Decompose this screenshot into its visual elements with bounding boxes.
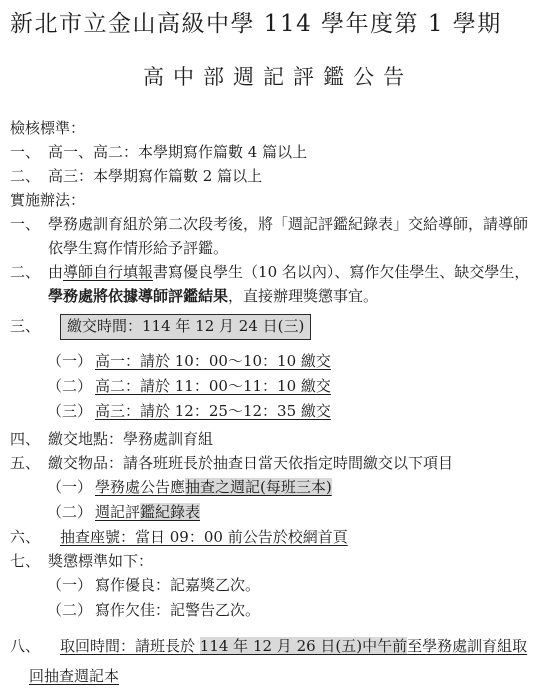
item-number: 五、 <box>10 451 48 475</box>
item-number: （三） <box>47 399 95 424</box>
underlined-text: 學務處公告應 <box>95 478 185 496</box>
underlined-text: 回抽查週記本 <box>29 667 119 685</box>
procedure-heading: 實施辦法： <box>10 188 546 212</box>
item-text: 由導師自行填報書寫優良學生（10 名以內）、寫作欠佳學生、缺交學生，學務處將依據… <box>48 260 529 308</box>
item-number: 八、 <box>10 631 48 661</box>
item-text: 高一、高二：本學期寫作篇數 4 篇以上 <box>48 140 307 164</box>
item-text-line2: 學務處將依據導師評鑑結果，直接辦理獎懲事宜。 <box>48 284 529 308</box>
item-text: 學務處訓育組於第二次段考後，將「週記評鑑紀錄表」交給導師，請導師依學生寫作情形給… <box>48 212 528 260</box>
item-text-line1: 取回時間：請班長於 114 年 12 月 26 日(五)中午前至學務處訓育組取 <box>60 631 527 661</box>
underlined-text: 至學務處訓育組取 <box>407 637 527 655</box>
item-number: 三、 <box>10 314 48 338</box>
highlighted-text: 抽查之週記(每班三本) <box>185 478 332 496</box>
item-text-line2: 回抽查週記本 <box>29 661 527 691</box>
item-text-line1: 學務處訓育組於第二次段考後，將「週記評鑑紀錄表」交給導師，請導師 <box>48 212 528 236</box>
item-number: （一） <box>47 475 95 500</box>
submission-time-item-1: （一） 高一：請於 10：00～10：10 繳交 <box>10 349 546 374</box>
item-number: 一、 <box>10 140 48 164</box>
item-number: 四、 <box>10 427 48 451</box>
item-text-line2: 依學生寫作情形給予評鑑。 <box>48 236 528 260</box>
item-text: 寫作欠佳：記警告乙次。 <box>95 598 260 623</box>
item-number: （一） <box>47 349 95 374</box>
procedure-item-6: 六、 抽查座號：當日 09：00 前公告於校網首頁 <box>10 525 546 549</box>
item-text-line1: 由導師自行填報書寫優良學生（10 名以內）、寫作欠佳學生、缺交學生， <box>48 260 529 284</box>
submission-goods-item-1: （一） 學務處公告應抽查之週記(每班三本) <box>10 475 546 500</box>
item-number: 七、 <box>10 549 48 573</box>
announcement-document: 新北市立金山高級中學 114 學年度第 1 學期 高中部週記評鑑公告 檢核標準：… <box>0 0 560 700</box>
procedure-item-3: 三、 繳交時間：114 年 12 月 24 日(三) <box>10 314 546 340</box>
highlighted-text: 鑑紀錄表 <box>140 503 200 521</box>
underlined-text: 高三：請於 12：25～12：35 繳交 <box>95 399 331 424</box>
item-number: 一、 <box>10 212 48 236</box>
underlined-text: 取回時間：請班長於 <box>60 637 200 655</box>
document-subtitle: 高中部週記評鑑公告 <box>10 62 546 92</box>
deadline-box: 繳交時間：114 年 12 月 24 日(三) <box>60 314 311 340</box>
underlined-text: 週記評 <box>95 503 140 521</box>
plain-text: 由 <box>48 263 63 281</box>
procedure-item-7: 七、 獎懲標準如下： <box>10 549 546 573</box>
item-number: （二） <box>47 374 95 399</box>
item-number: （二） <box>47 598 95 623</box>
underlined-text: 導師自行填報 <box>63 263 153 281</box>
item-text: 繳交地點：學務處訓育組 <box>48 427 213 451</box>
item-text: 取回時間：請班長於 114 年 12 月 26 日(五)中午前至學務處訓育組取回… <box>60 631 527 691</box>
document-title: 新北市立金山高級中學 114 學年度第 1 學期 <box>10 8 546 40</box>
underlined-text: 高二：請於 11：00～11：10 繳交 <box>95 374 331 399</box>
criteria-item-2: 二、 高三：本學期寫作篇數 2 篇以上 <box>10 164 546 188</box>
underlined-text: 高一：請於 10：00～10：10 繳交 <box>95 349 331 374</box>
item-text: 高三：本學期寫作篇數 2 篇以上 <box>48 164 262 188</box>
criteria-heading: 檢核標準： <box>10 116 546 140</box>
item-number: 二、 <box>10 164 48 188</box>
bold-text: 學務處將依據導師評鑑結果 <box>48 287 228 305</box>
procedure-item-4: 四、 繳交地點：學務處訓育組 <box>10 427 546 451</box>
deadline-box-wrap: 繳交時間：114 年 12 月 24 日(三) <box>60 314 311 340</box>
procedure-item-8: 八、 取回時間：請班長於 114 年 12 月 26 日(五)中午前至學務處訓育… <box>10 631 546 691</box>
procedure-item-2: 二、 由導師自行填報書寫優良學生（10 名以內）、寫作欠佳學生、缺交學生，學務處… <box>10 260 546 308</box>
item-text: 繳交物品：請各班班長於抽查日當天依指定時間繳交以下項目 <box>48 451 453 475</box>
item-number: （二） <box>47 500 95 525</box>
submission-time-item-2: （二） 高二：請於 11：00～11：10 繳交 <box>10 374 546 399</box>
procedure-item-5: 五、 繳交物品：請各班班長於抽查日當天依指定時間繳交以下項目 <box>10 451 546 475</box>
submission-time-item-3: （三） 高三：請於 12：25～12：35 繳交 <box>10 399 546 424</box>
underlined-text: 抽查座號：當日 09：00 前公告於校網首頁 <box>60 525 348 549</box>
item-text: 獎懲標準如下： <box>48 549 153 573</box>
item-text: 學務處公告應抽查之週記(每班三本) <box>95 475 332 500</box>
criteria-item-1: 一、 高一、高二：本學期寫作篇數 4 篇以上 <box>10 140 546 164</box>
item-text: 寫作優良：記嘉獎乙次。 <box>95 573 260 598</box>
procedure-item-1: 一、 學務處訓育組於第二次段考後，將「週記評鑑紀錄表」交給導師，請導師依學生寫作… <box>10 212 546 260</box>
submission-goods-item-2: （二） 週記評鑑紀錄表 <box>10 500 546 525</box>
item-number: （一） <box>47 573 95 598</box>
plain-text: ，直接辦理獎懲事宜。 <box>228 287 378 305</box>
reward-item-2: （二） 寫作欠佳：記警告乙次。 <box>10 598 546 623</box>
item-text: 週記評鑑紀錄表 <box>95 500 200 525</box>
item-number: 二、 <box>10 260 48 284</box>
highlighted-text: 114 年 12 月 26 日(五)中午前 <box>200 637 407 655</box>
reward-item-1: （一） 寫作優良：記嘉獎乙次。 <box>10 573 546 598</box>
item-number: 六、 <box>10 525 48 549</box>
plain-text: 書寫優良學生（10 名以內）、寫作欠佳學生、缺交學生， <box>153 263 529 281</box>
